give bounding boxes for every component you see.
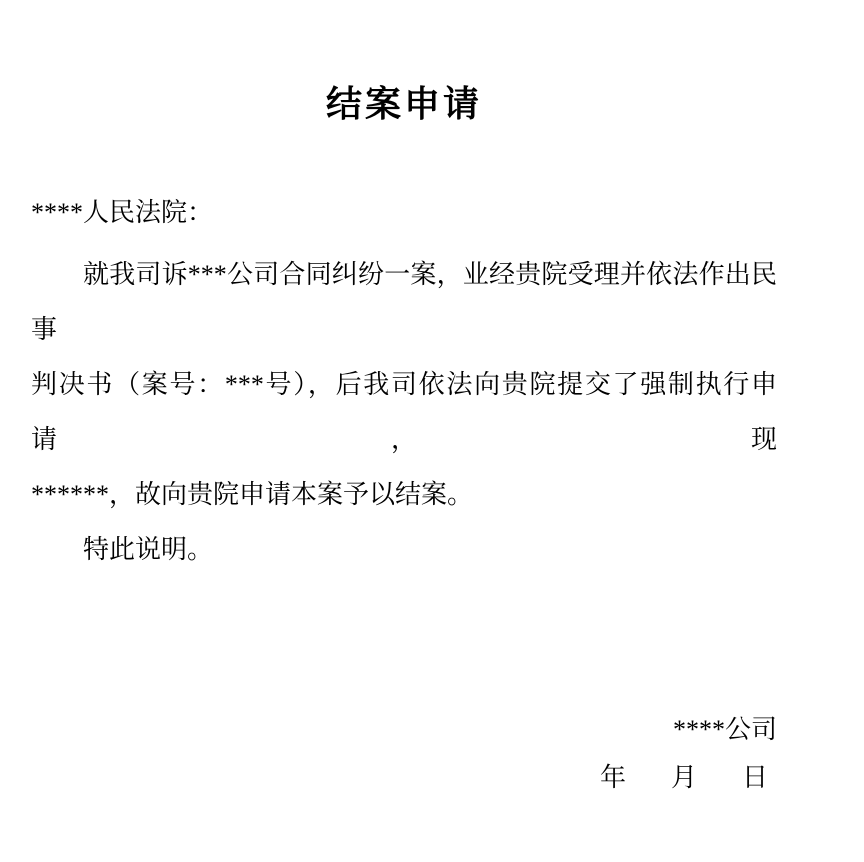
signature-company: ****公司	[31, 702, 777, 757]
document-page: 结案申请 ****人民法院： 就我司诉***公司合同纠纷一案，业经贵院受理并依法…	[0, 0, 864, 862]
closing-line: 特此说明。	[31, 522, 777, 577]
salutation-line: ****人民法院：	[31, 185, 777, 240]
signature-date: 年 月 日	[31, 750, 777, 805]
body-paragraph: 就我司诉***公司合同纠纷一案，业经贵院受理并依法作出民事 判决书（案号：***…	[31, 247, 777, 577]
date-day-label: 日	[742, 750, 768, 805]
body-line-1: 就我司诉***公司合同纠纷一案，业经贵院受理并依法作出民事	[31, 247, 777, 357]
body-line-3: ******，故向贵院申请本案予以结案。	[31, 467, 777, 522]
date-year-label: 年	[600, 750, 626, 805]
document-title: 结案申请	[31, 84, 777, 124]
body-line-2: 判决书（案号：***号），后我司依法向贵院提交了强制执行申请，现	[31, 357, 777, 467]
document-content: ****人民法院： 就我司诉***公司合同纠纷一案，业经贵院受理并依法作出民事 …	[31, 185, 777, 805]
signature-block: ****公司 年 月 日	[31, 702, 777, 805]
date-month-label: 月	[671, 750, 697, 805]
